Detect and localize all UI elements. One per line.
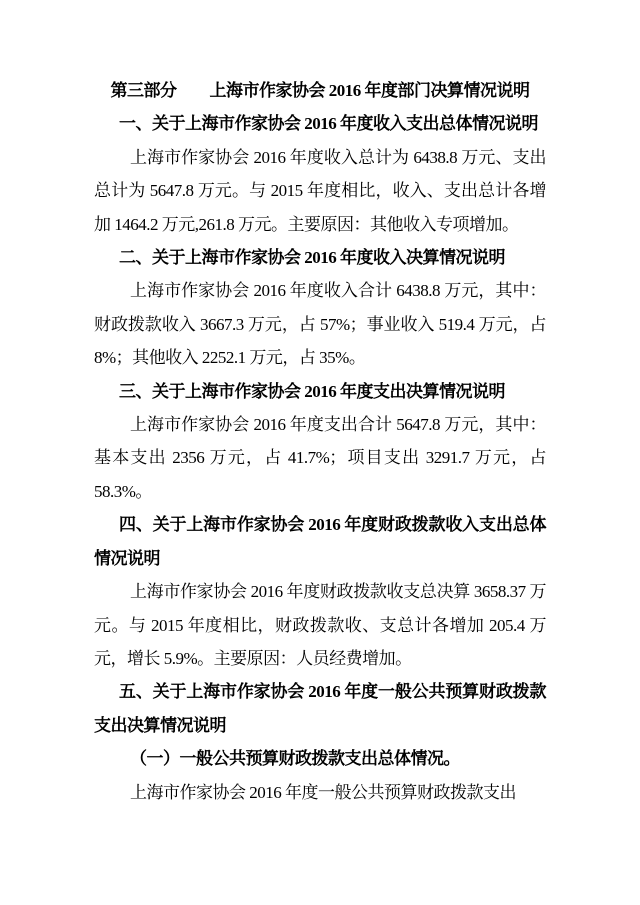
document-page: 第三部分 上海市作家协会 2016 年度部门决算情况说明 一、关于上海市作家协会… xyxy=(0,0,640,905)
section-heading-2: 二、关于上海市作家协会 2016 年度收入决算情况说明 xyxy=(94,241,546,274)
section-heading-4: 四、关于上海市作家协会 2016 年度财政拨款收入支出总体情况说明 xyxy=(94,508,546,575)
section-4-paragraph: 上海市作家协会 2016 年度财政拨款收支总决算 3658.37 万元。与 20… xyxy=(94,575,546,675)
section-2-paragraph: 上海市作家协会 2016 年度收入合计 6438.8 万元，其中：财政拨款收入 … xyxy=(94,274,546,374)
section-1-paragraph: 上海市作家协会 2016 年度收入总计为 6438.8 万元、支出总计为 564… xyxy=(94,141,546,241)
part-title: 第三部分 上海市作家协会 2016 年度部门决算情况说明 xyxy=(94,74,546,107)
section-heading-3: 三、关于上海市作家协会 2016 年度支出决算情况说明 xyxy=(94,375,546,408)
section-heading-1: 一、关于上海市作家协会 2016 年度收入支出总体情况说明 xyxy=(94,107,546,140)
section-5-subheading: （一）一般公共预算财政拨款支出总体情况。 xyxy=(94,742,546,775)
section-5-paragraph: 上海市作家协会 2016 年度一般公共预算财政拨款支出 xyxy=(94,776,546,809)
section-3-paragraph: 上海市作家协会 2016 年度支出合计 5647.8 万元，其中：基本支出 23… xyxy=(94,408,546,508)
section-heading-5: 五、关于上海市作家协会 2016 年度一般公共预算财政拨款支出决算情况说明 xyxy=(94,675,546,742)
